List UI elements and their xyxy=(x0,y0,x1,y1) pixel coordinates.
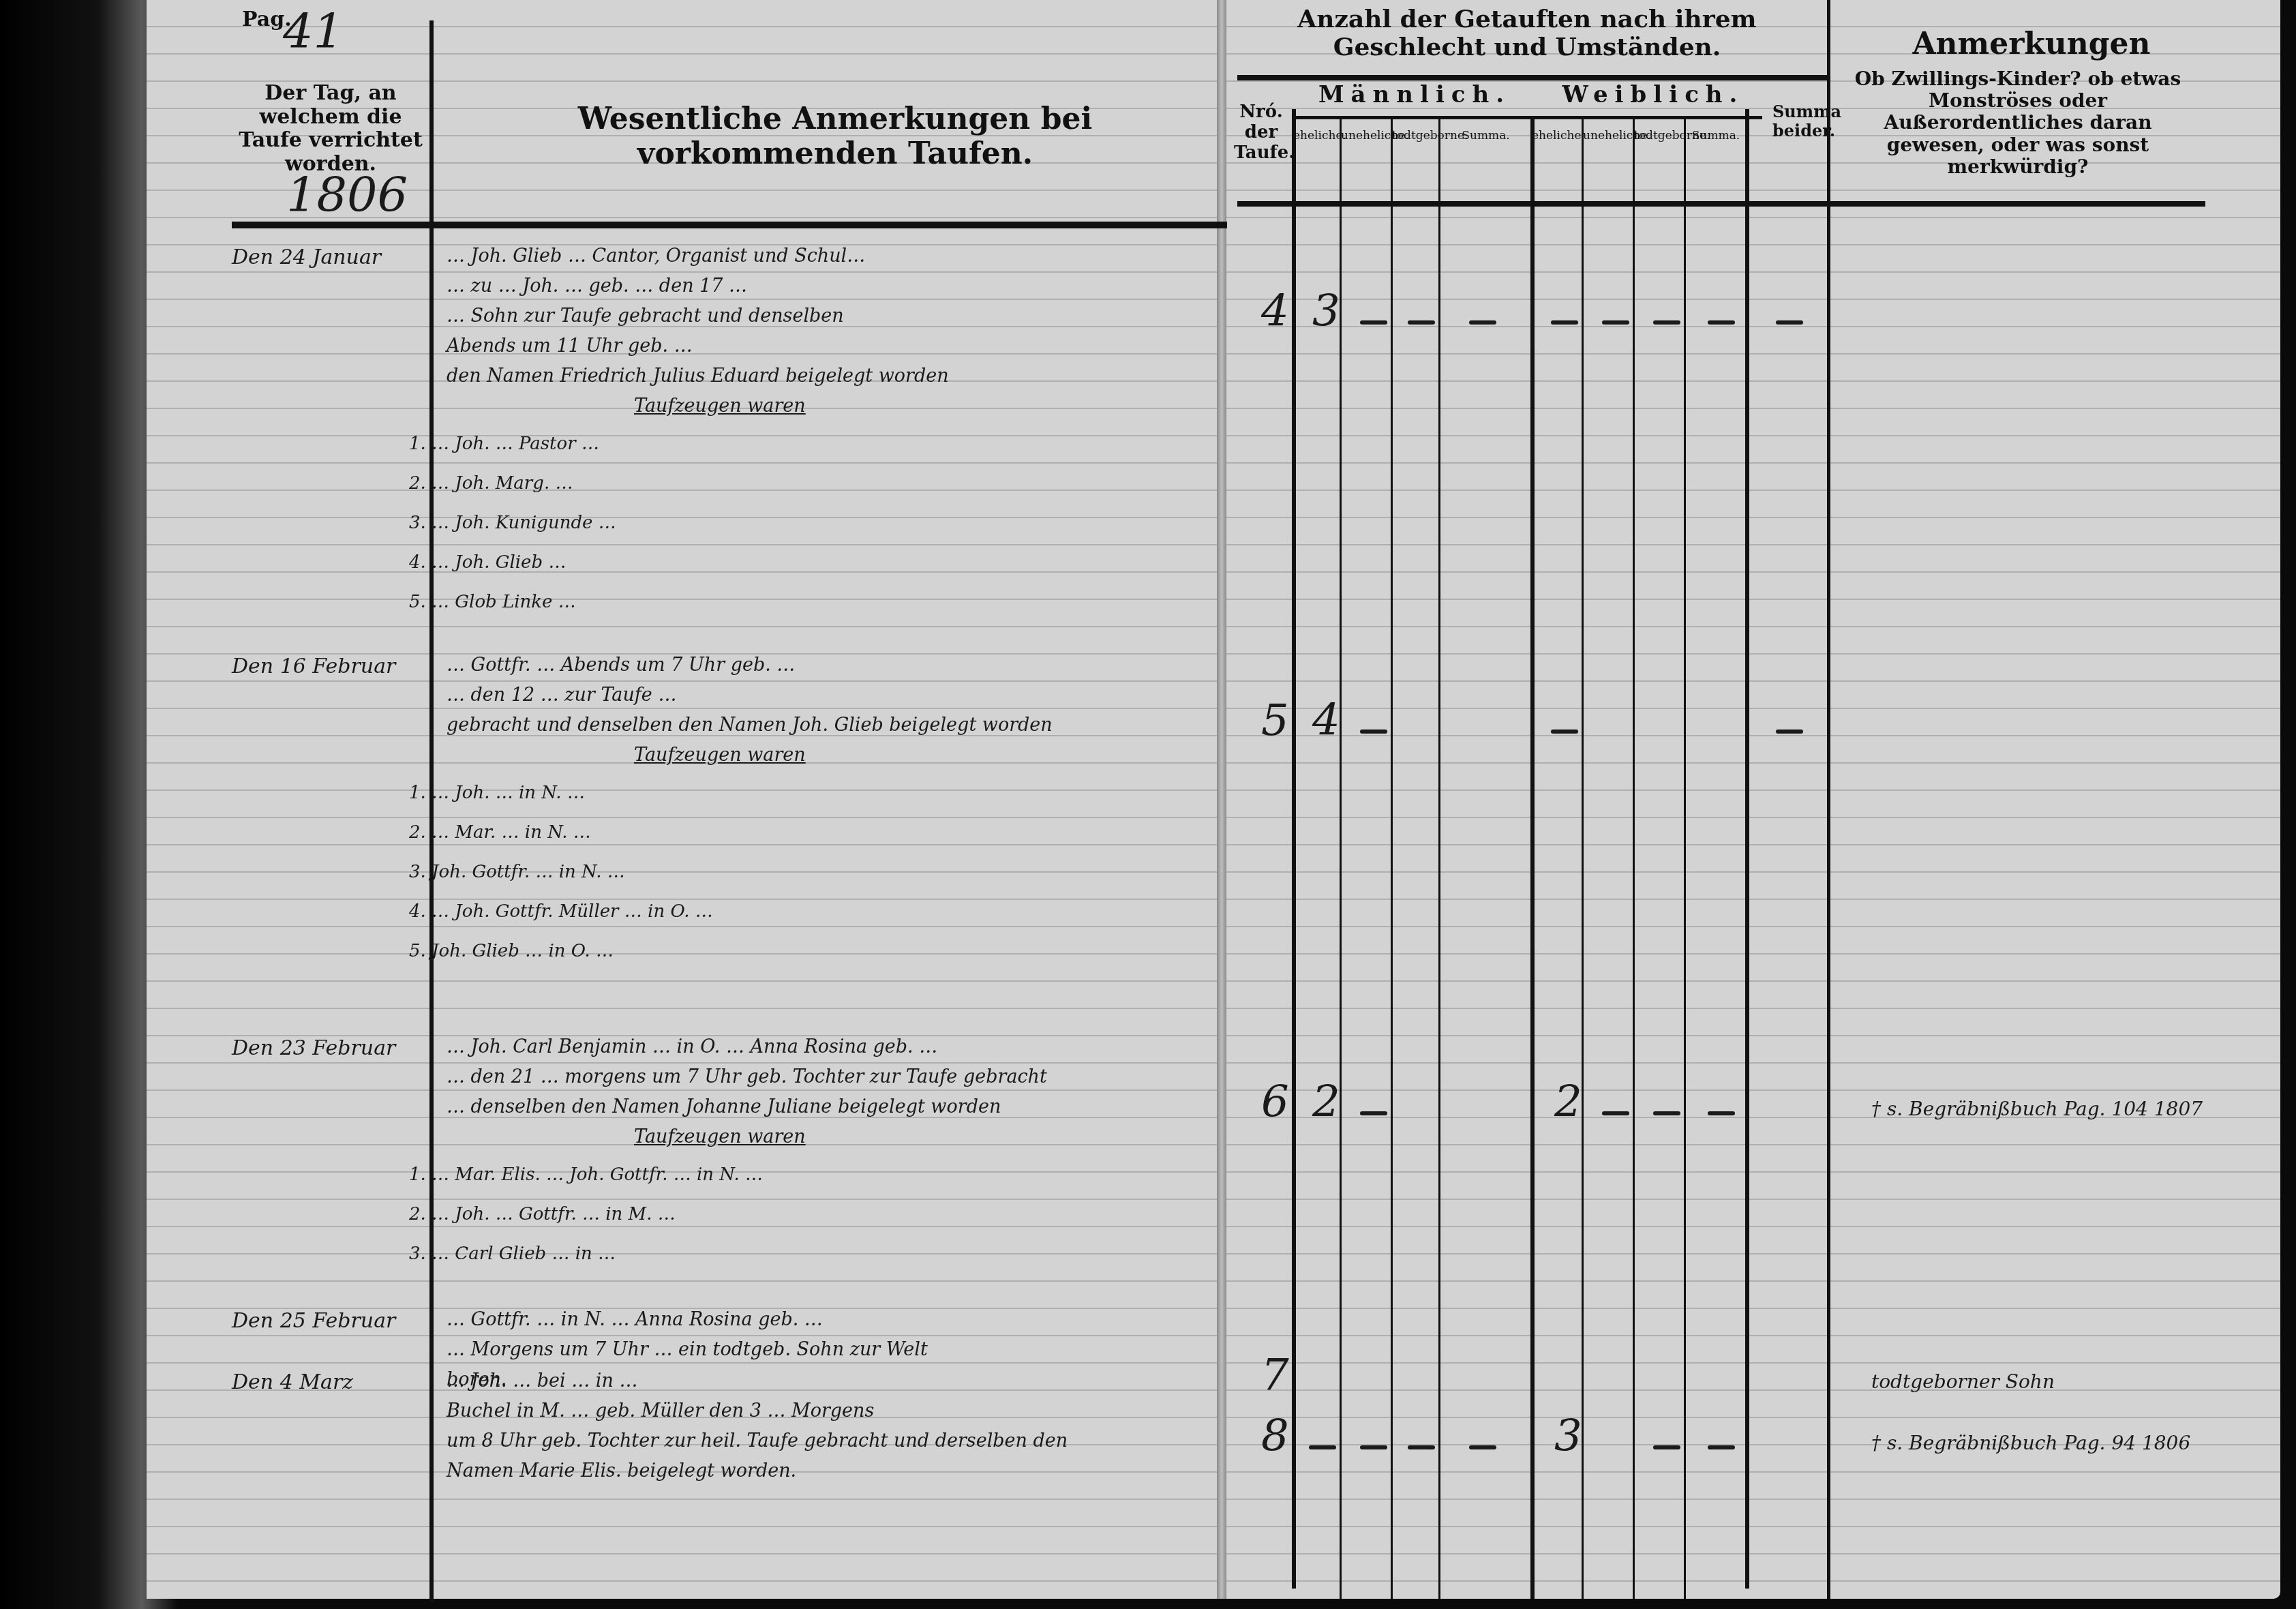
count-column-rule xyxy=(1582,119,1584,1599)
godparent-line: 2. … Mar. … in N. … xyxy=(409,822,591,843)
entry-text-line: … zu … Joh. … geb. … den 17 … xyxy=(447,275,747,297)
count-cell-w_summa xyxy=(1708,1445,1735,1449)
count-column-rule xyxy=(1340,119,1342,1599)
entry-note: todtgeborner Sohn xyxy=(1871,1370,2055,1393)
godparent-line: 1. … Mar. Elis. … Joh. Gottfr. … in N. … xyxy=(409,1164,763,1185)
entry-date: Den 16 Februar xyxy=(232,655,395,678)
sub-column-header: Summa. xyxy=(1685,130,1747,143)
entry-text-line: Abends um 11 Uhr geb. … xyxy=(447,335,693,357)
count-cell-nr: 4 xyxy=(1261,286,1289,337)
godparent-line: 4. … Joh. Gottfr. Müller … in O. … xyxy=(409,901,713,922)
header-rule-right xyxy=(1237,201,2205,207)
count-cell-w_ehelich: 3 xyxy=(1554,1411,1582,1462)
entry-text-line: … den 12 … zur Taufe … xyxy=(447,685,676,706)
notes-subtitle: Ob Zwillings-Kinder? ob etwas Monströses… xyxy=(1841,68,2195,178)
count-cell-w_summa xyxy=(1708,1111,1735,1115)
male-group-header: Männlich. xyxy=(1299,82,1530,108)
sub-column-header: todtgeborne. xyxy=(1392,130,1440,143)
group-rule xyxy=(1530,116,1762,119)
count-cell-m_todt xyxy=(1408,1445,1435,1449)
godparent-line: 3. Joh. Gottfr. … in N. … xyxy=(409,862,625,882)
count-cell-m_summa xyxy=(1469,320,1496,325)
count-cell-m_ehelich xyxy=(1309,1445,1336,1449)
entry-text-line: … Joh. … bei … in … xyxy=(447,1370,637,1392)
godparent-line: 3. … Carl Glieb … in … xyxy=(409,1244,616,1264)
count-column-rule xyxy=(1438,119,1440,1599)
count-cell-m_ehelich: 2 xyxy=(1312,1077,1340,1128)
count-cell-w_todt xyxy=(1653,1111,1680,1115)
godparents-label: Taufzeugen waren xyxy=(634,395,806,417)
count-cell-w_unehelich xyxy=(1602,1111,1629,1115)
remarks-column-header: Wesentliche Anmerkungen bei vorkommenden… xyxy=(450,102,1220,171)
entry-text-line: … Gottfr. … in N. … Anna Rosina geb. … xyxy=(447,1309,823,1330)
count-cell-m_summa xyxy=(1469,1445,1496,1449)
sub-column-header: uneheliche. xyxy=(1341,130,1392,143)
date-column-header: Der Tag, an welchem die Taufe verrichtet… xyxy=(235,82,426,176)
count-cell-w_todt xyxy=(1653,1445,1680,1449)
sub-column-header: todtgeborne. xyxy=(1634,130,1685,143)
count-cell-w_unehelich xyxy=(1602,320,1629,325)
count-column-rule xyxy=(1684,119,1686,1599)
entry-text-line: Namen Marie Elis. beigelegt worden. xyxy=(447,1460,796,1482)
count-cell-w_ehelich xyxy=(1551,320,1578,325)
count-cell-summa_beider xyxy=(1776,730,1803,734)
count-cell-w_ehelich xyxy=(1551,730,1578,734)
count-column-rule xyxy=(1827,119,1829,1599)
count-title-rule xyxy=(1237,75,1830,80)
entry-date: Den 4 Marz xyxy=(232,1370,353,1394)
entry-text-line: … Joh. Glieb … Cantor, Organist und Schu… xyxy=(447,245,865,267)
count-cell-w_todt xyxy=(1653,320,1680,325)
entry-text-line: … Morgens um 7 Uhr … ein todtgeb. Sohn z… xyxy=(447,1339,928,1360)
year-label: 1806 xyxy=(286,167,408,223)
count-cell-m_unehelich xyxy=(1360,730,1387,734)
godparents-label: Taufzeugen waren xyxy=(634,1126,806,1147)
count-cell-nr: 7 xyxy=(1261,1350,1289,1400)
entry-text-line: … Gottfr. … Abends um 7 Uhr geb. … xyxy=(447,655,795,676)
godparent-line: 5. Joh. Glieb … in O. … xyxy=(409,941,614,961)
godparent-line: 2. … Joh. Marg. … xyxy=(409,473,573,494)
entry-text-line: … den 21 … morgens um 7 Uhr geb. Tochter… xyxy=(447,1066,1047,1087)
count-cell-nr: 5 xyxy=(1261,695,1289,746)
entry-date: Den 25 Februar xyxy=(232,1309,395,1333)
count-column-rule xyxy=(1745,109,1749,1589)
notes-title: Anmerkungen xyxy=(1882,27,2181,62)
count-title: Anzahl der Getauften nach ihrem Geschlec… xyxy=(1254,5,1800,62)
entry-note: † s. Begräbnißbuch Pag. 94 1806 xyxy=(1871,1432,2190,1454)
entry-text-line: gebracht und denselben den Namen Joh. Gl… xyxy=(447,715,1053,736)
count-column-rule xyxy=(1633,119,1635,1599)
godparent-line: 5. … Glob Linke … xyxy=(409,592,576,612)
entry-text-line: … Joh. Carl Benjamin … in O. … Anna Rosi… xyxy=(447,1036,937,1057)
count-cell-m_ehelich: 3 xyxy=(1312,286,1340,337)
count-cell-nr: 8 xyxy=(1261,1411,1289,1462)
count-cell-m_unehelich xyxy=(1360,320,1387,325)
sub-column-header: eheliche. xyxy=(1532,130,1583,143)
godparent-line: 1. … Joh. … Pastor … xyxy=(409,434,599,454)
date-column-rule xyxy=(429,20,434,1602)
godparents-label: Taufzeugen waren xyxy=(634,745,806,766)
entry-text-line: … Sohn zur Taufe gebracht und denselben xyxy=(447,305,844,327)
sub-column-header: uneheliche. xyxy=(1583,130,1634,143)
entry-text-line: den Namen Friedrich Julius Eduard beigel… xyxy=(447,365,949,387)
sum-both-header: Summa beider. xyxy=(1772,102,1827,140)
count-cell-w_ehelich: 2 xyxy=(1554,1077,1582,1128)
entry-text-line: Buchel in M. … geb. Müller den 3 … Morge… xyxy=(447,1400,874,1422)
sub-column-header: eheliche. xyxy=(1293,130,1341,143)
godparent-line: 1. … Joh. … in N. … xyxy=(409,783,585,803)
count-column-rule xyxy=(1530,119,1535,1599)
female-group-header: Weiblich. xyxy=(1537,82,1769,108)
entry-date: Den 24 Januar xyxy=(232,245,381,269)
count-cell-w_summa xyxy=(1708,320,1735,325)
count-cell-m_ehelich: 4 xyxy=(1312,695,1340,746)
entry-text-line: … denselben den Namen Johanne Juliane be… xyxy=(447,1096,1001,1117)
count-cell-m_unehelich xyxy=(1360,1111,1387,1115)
group-rule xyxy=(1295,116,1530,119)
count-cell-nr: 6 xyxy=(1261,1077,1289,1128)
count-column-rule xyxy=(1391,119,1393,1599)
entry-note: † s. Begräbnißbuch Pag. 104 1807 xyxy=(1871,1098,2203,1120)
entry-text-line: um 8 Uhr geb. Tochter zur heil. Taufe ge… xyxy=(447,1430,1068,1452)
count-cell-m_todt xyxy=(1408,320,1435,325)
godparent-line: 4. … Joh. Glieb … xyxy=(409,552,566,573)
count-cell-m_unehelich xyxy=(1360,1445,1387,1449)
header-rule-left xyxy=(232,222,1227,228)
page-gutter xyxy=(1217,0,1226,1599)
godparent-line: 3. … Joh. Kunigunde … xyxy=(409,513,616,533)
sub-column-header: Summa. xyxy=(1440,130,1532,143)
count-column-rule xyxy=(1292,109,1296,1589)
entry-date: Den 23 Februar xyxy=(232,1036,395,1060)
godparent-line: 2. … Joh. … Gottfr. … in M. … xyxy=(409,1204,676,1224)
count-cell-summa_beider xyxy=(1776,320,1803,325)
page-number: 41 xyxy=(283,3,344,59)
nr-column-header: Nró. der Taufe. xyxy=(1234,102,1288,164)
